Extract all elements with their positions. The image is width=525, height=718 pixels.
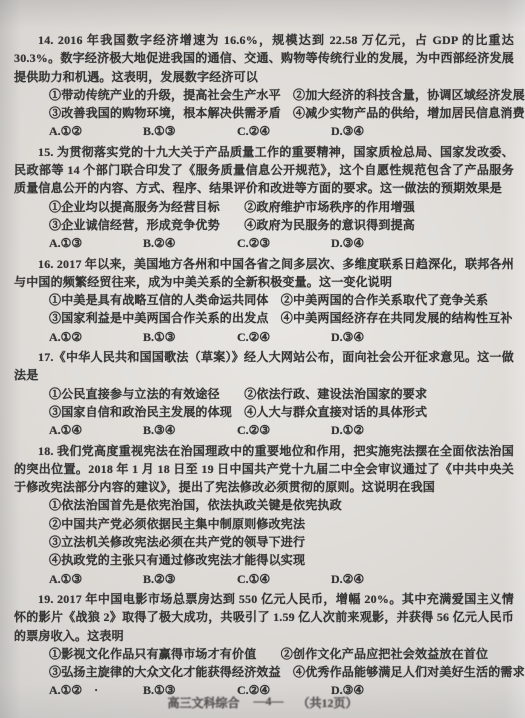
choice-d: D.③④: [331, 328, 364, 346]
scanned-exam-page: 14. 2016 年我国数字经济增速为 16.6%，规模达到 22.58 万亿元…: [0, 0, 525, 718]
choice-b: B.①③: [143, 328, 237, 346]
option-items-line: ①中美是具有战略互信的人类命运共同体 ②中美两国的合作关系取代了竞争关系: [14, 291, 514, 309]
option-items-line: ③立法机关修改宪法必须在共产党的领导下进行: [14, 533, 514, 551]
option-items-line: ①依法治国首先是依宪治国，依法执政关键是依宪执政: [14, 496, 514, 514]
choice-c: C.①④: [237, 570, 331, 588]
question-18: 18. 我们党高度重视宪法在治国理政中的重要地位和作用，把实施宪法摆在全面依法治…: [14, 442, 514, 588]
question-14: 14. 2016 年我国数字经济增速为 16.6%，规模达到 22.58 万亿元…: [14, 31, 514, 141]
option-items-line: ①公民直接参与立法的有效途径 ②依法行政、建设法治国家的要求: [14, 385, 514, 403]
option-items-line: ①带动传统产业的升级，提高社会生产水平 ②加大经济的科技含量，协调区域经济发展: [14, 86, 514, 104]
question-17: 17.《中华人民共和国国歌法（草案）》经人大网站公布，面向社会公开征求意见。这一…: [14, 348, 514, 439]
choice-b: B.②③: [143, 570, 237, 588]
option-items-line: ③国家利益是中美两国合作关系的出发点 ④中美两国经济存在共同发展的结构性互补: [14, 309, 514, 327]
question-15: 15. 为贯彻落实党的十九大关于产品质量工作的重要精神，国家质检总局、国家发改委…: [14, 143, 514, 253]
footer-page-number: —4—: [254, 694, 284, 711]
option-items-line: ③弘扬主旋律的大众文化才能获得经济效益 ④优秀作品能够满足人们对美好生活的需求: [14, 663, 514, 681]
page-footer: 高三文科综合 —4— （共12页）: [0, 694, 525, 711]
option-items-line: ③改善我国的购物环境，根本解决供需矛盾 ④减少实物产品的供给，增加居民信息消费: [14, 104, 514, 122]
question-stem: 14. 2016 年我国数字经济增速为 16.6%，规模达到 22.58 万亿元…: [14, 31, 514, 86]
answer-choices-row: A.①③ B.②④ C.②③ D.③④: [14, 234, 514, 252]
choice-d: D.①②: [331, 421, 364, 439]
option-items-line: ④执政党的主张只有通过修改宪法才能得以实现: [14, 551, 514, 569]
answer-choices-row: A.①② B.①③ C.②④ D.③④: [14, 122, 514, 140]
choice-a: A.①②: [49, 328, 143, 346]
question-stem: 19. 2017 年中国电影市场总票房达到 550 亿元人民币，增幅 20%。其…: [14, 590, 514, 645]
choice-b: B.②④: [143, 234, 237, 252]
question-stem: 18. 我们党高度重视宪法在治国理政中的重要地位和作用，把实施宪法摆在全面依法治…: [14, 442, 514, 497]
answer-choices-row: A.①③ B.②③ C.①④ D.②④: [14, 570, 514, 588]
choice-b: B.①③: [143, 122, 237, 140]
option-items-line: ③企业诚信经营，形成竞争优势 ④政府为民服务的意识得到提高: [14, 216, 514, 234]
footer-course-title: 高三文科综合: [167, 694, 239, 711]
choice-b: B.③④: [143, 421, 237, 439]
choice-d: D.③④: [331, 234, 364, 252]
option-items-line: ①企业均以提高服务为经营目标 ②政府维护市场秩序的作用增强: [14, 198, 514, 216]
questions-area: 14. 2016 年我国数字经济增速为 16.6%，规模达到 22.58 万亿元…: [14, 31, 514, 702]
question-stem: 15. 为贯彻落实党的十九大关于产品质量工作的重要精神，国家质检总局、国家发改委…: [14, 143, 514, 198]
choice-c: C.②③: [237, 234, 331, 252]
question-16: 16. 2017 年以来，美国地方各州和中国各省之间多层次、多维度联系日趋深化，…: [14, 255, 514, 346]
question-stem: 16. 2017 年以来，美国地方各州和中国各省之间多层次、多维度联系日趋深化，…: [14, 255, 514, 292]
question-stem: 17.《中华人民共和国国歌法（草案）》经人大网站公布，面向社会公开征求意见。这一…: [14, 348, 514, 385]
choice-a: A.①③: [49, 570, 143, 588]
choice-a: A.①④: [49, 421, 143, 439]
choice-c: C.②③: [237, 421, 331, 439]
option-items-line: ②中国共产党必须依据民主集中制原则修改宪法: [14, 515, 514, 533]
footer-total-pages: （共12页）: [298, 694, 358, 711]
question-19: 19. 2017 年中国电影市场总票房达到 550 亿元人民币，增幅 20%。其…: [14, 590, 514, 700]
option-items-line: ①影视文化作品只有赢得市场才有价值 ②创作文化产品应把社会效益放在首位: [14, 645, 514, 663]
choice-a: A.①②: [49, 122, 143, 140]
choice-c: C.②④: [237, 328, 331, 346]
answer-choices-row: A.①② B.①③ C.②④ D.③④: [14, 328, 514, 346]
choice-c: C.②④: [237, 122, 331, 140]
choice-d: D.③④: [331, 122, 364, 140]
option-items-line: ③国家自信和政治民主发展的体现 ④人大与群众直接对话的具体形式: [14, 403, 514, 421]
choice-a: A.①③: [49, 234, 143, 252]
answer-choices-row: A.①④ B.③④ C.②③ D.①②: [14, 421, 514, 439]
choice-d: D.②④: [331, 570, 364, 588]
